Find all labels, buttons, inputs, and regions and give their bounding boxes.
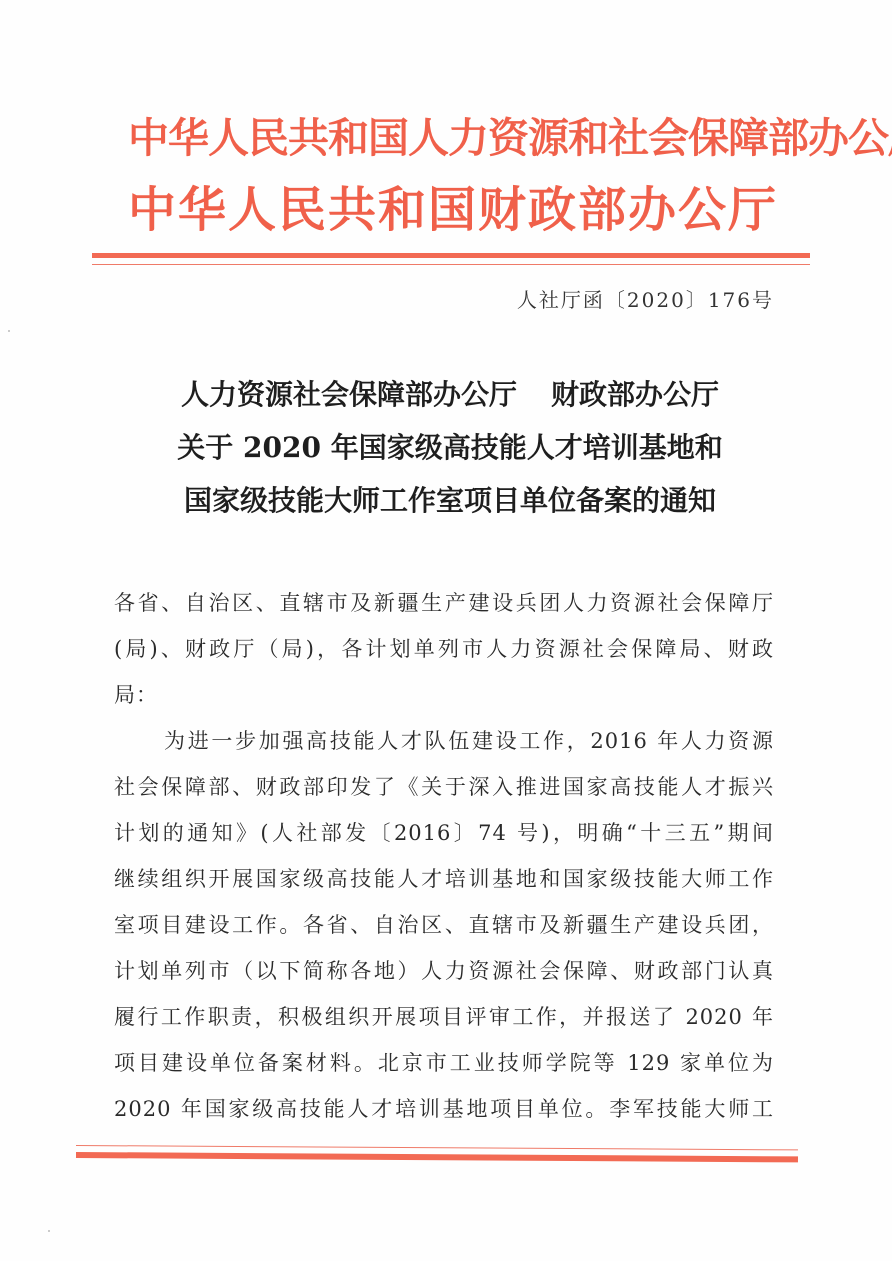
letterhead-line-1: 中华人民共和国人力资源和社会保障部办公厅 bbox=[128, 110, 776, 166]
document-body: 各省、自治区、直辖市及新疆生产建设兵团人力资源社会保障厅 (局)、财政厅（局)，… bbox=[114, 580, 774, 1132]
paragraph-line: 计划单列市（以下简称各地）人力资源社会保障、财政部门认真 bbox=[114, 948, 774, 994]
salutation-line: 各省、自治区、直辖市及新疆生产建设兵团人力资源社会保障厅 bbox=[114, 580, 774, 626]
document-title: 人力资源社会保障部办公厅财政部办公厅 关于 2020 年国家级高技能人才培训基地… bbox=[140, 368, 760, 527]
paragraph-line: 继续组织开展国家级高技能人才培训基地和国家级技能大师工作 bbox=[114, 856, 774, 902]
paragraph-line: 为进一步加强高技能人才队伍建设工作，2016 年人力资源 bbox=[114, 718, 774, 764]
title-issuer-2: 财政部办公厅 bbox=[551, 378, 719, 411]
scan-speck bbox=[48, 1230, 50, 1232]
salutation-line: 局： bbox=[114, 672, 774, 718]
paragraph-line: 社会保障部、财政部印发了《关于深入推进国家高技能人才振兴 bbox=[114, 764, 774, 810]
paragraph-line: 项目建设单位备案材料。北京市工业技师学院等 129 家单位为 bbox=[114, 1040, 774, 1086]
paragraph-line: 计划的通知》(人社部发〔2016〕74 号)，明确“十三五”期间 bbox=[114, 810, 774, 856]
footer-thick-rule bbox=[76, 1152, 798, 1162]
document-number: 人社厅函〔2020〕176号 bbox=[517, 284, 774, 313]
header-thick-rule bbox=[92, 253, 810, 258]
letterhead-line-2: 中华人民共和国财政部办公厅 bbox=[128, 178, 776, 242]
paragraph-line: 履行工作职责，积极组织开展项目评审工作，并报送了 2020 年 bbox=[114, 994, 774, 1040]
paragraph-line: 室项目建设工作。各省、自治区、直辖市及新疆生产建设兵团， bbox=[114, 902, 774, 948]
title-line-2: 关于 2020 年国家级高技能人才培训基地和 bbox=[140, 421, 760, 474]
footer-thin-rule bbox=[76, 1145, 798, 1150]
header-thin-rule bbox=[92, 264, 810, 265]
title-line-1: 人力资源社会保障部办公厅财政部办公厅 bbox=[140, 368, 760, 421]
salutation-line: (局)、财政厅（局)，各计划单列市人力资源社会保障局、财政 bbox=[114, 626, 774, 672]
title-issuer-1: 人力资源社会保障部办公厅 bbox=[181, 378, 517, 411]
paragraph-line: 2020 年国家级高技能人才培训基地项目单位。李军技能大师工 bbox=[114, 1086, 774, 1132]
document-page: 中华人民共和国人力资源和社会保障部办公厅 中华人民共和国财政部办公厅 人社厅函〔… bbox=[0, 0, 892, 1261]
scan-speck bbox=[8, 330, 10, 332]
title-line-3: 国家级技能大师工作室项目单位备案的通知 bbox=[140, 474, 760, 527]
